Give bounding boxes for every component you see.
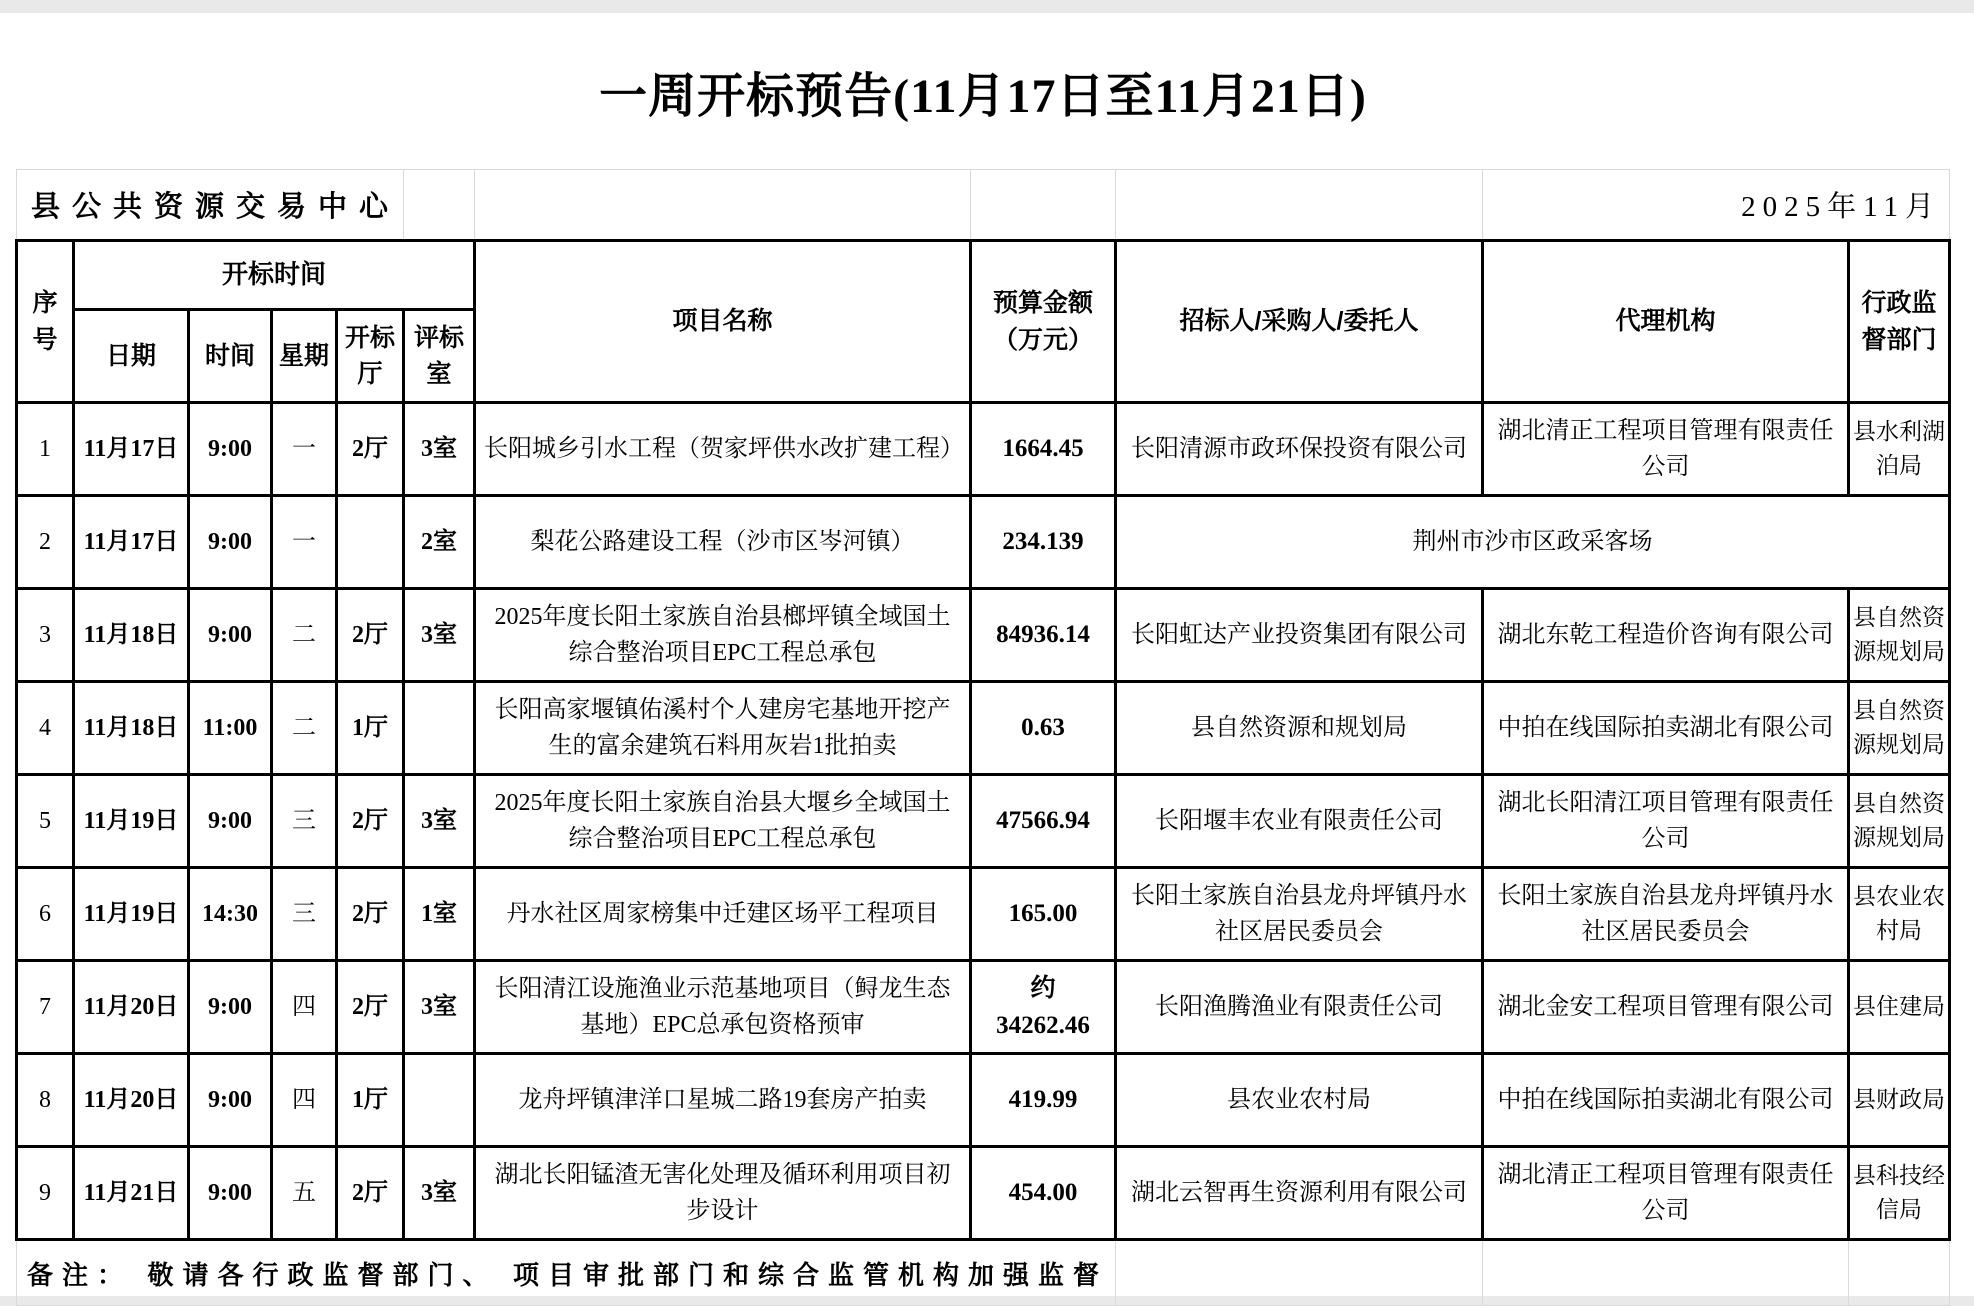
cell-budget: 约 34262.46 xyxy=(971,961,1116,1054)
bid-schedule-table: 一周开标预告(11月17日至11月21日) 县公共资源交易中心 2025年11月… xyxy=(15,13,1951,1306)
cell-room xyxy=(404,682,475,775)
cell-supervisor: 县农业农村局 xyxy=(1849,868,1950,961)
cell-hall: 1厅 xyxy=(337,682,404,775)
cell-agency: 中拍在线国际拍卖湖北有限公司 xyxy=(1483,1054,1849,1147)
cell-time: 9:00 xyxy=(189,403,272,496)
cell-serial: 3 xyxy=(17,589,74,682)
table-row: 3 11月18日 9:00 二 2厅 3室 2025年度长阳土家族自治县榔坪镇全… xyxy=(17,589,1950,682)
cell-serial: 1 xyxy=(17,403,74,496)
table-row: 1 11月17日 9:00 一 2厅 3室 长阳城乡引水工程（贺家坪供水改扩建工… xyxy=(17,403,1950,496)
cell-merged-venue: 荆州市沙市区政采客场 xyxy=(1116,496,1950,589)
cell-budget: 84936.14 xyxy=(971,589,1116,682)
col-header-supervisor: 行政监督部门 xyxy=(1849,241,1950,403)
cell-room: 3室 xyxy=(404,589,475,682)
cell-tenderer: 长阳堰丰农业有限责任公司 xyxy=(1116,775,1483,868)
subtitle-spacer xyxy=(971,170,1116,241)
col-header-serial: 序号 xyxy=(17,241,74,403)
cell-serial: 9 xyxy=(17,1147,74,1240)
cell-project: 湖北长阳锰渣无害化处理及循环利用项目初步设计 xyxy=(475,1147,971,1240)
cell-serial: 2 xyxy=(17,496,74,589)
col-header-room: 评标室 xyxy=(404,310,475,403)
cell-budget: 0.63 xyxy=(971,682,1116,775)
cell-agency: 湖北金安工程项目管理有限公司 xyxy=(1483,961,1849,1054)
cell-hall: 2厅 xyxy=(337,868,404,961)
footer-spacer xyxy=(1116,1240,1483,1306)
cell-hall: 2厅 xyxy=(337,589,404,682)
table-row: 2 11月17日 9:00 一 2室 梨花公路建设工程（沙市区岑河镇） 234.… xyxy=(17,496,1950,589)
subtitle-spacer xyxy=(475,170,971,241)
cell-serial: 4 xyxy=(17,682,74,775)
table-row: 8 11月20日 9:00 四 1厅 龙舟坪镇津洋口星城二路19套房产拍卖 41… xyxy=(17,1054,1950,1147)
cell-hall: 1厅 xyxy=(337,1054,404,1147)
cell-supervisor: 县自然资源规划局 xyxy=(1849,682,1950,775)
cell-budget: 419.99 xyxy=(971,1054,1116,1147)
cell-room: 2室 xyxy=(404,496,475,589)
cell-date: 11月19日 xyxy=(74,775,189,868)
cell-serial: 5 xyxy=(17,775,74,868)
cell-project: 2025年度长阳土家族自治县大堰乡全域国土综合整治项目EPC工程总承包 xyxy=(475,775,971,868)
cell-project: 2025年度长阳土家族自治县榔坪镇全域国土综合整治项目EPC工程总承包 xyxy=(475,589,971,682)
cell-room: 3室 xyxy=(404,961,475,1054)
cell-time: 9:00 xyxy=(189,1147,272,1240)
cell-project: 长阳高家堰镇佑溪村个人建房宅基地开挖产生的富余建筑石料用灰岩1批拍卖 xyxy=(475,682,971,775)
cell-hall: 2厅 xyxy=(337,775,404,868)
col-header-weekday: 星期 xyxy=(272,310,337,403)
cell-agency: 湖北东乾工程造价咨询有限公司 xyxy=(1483,589,1849,682)
cell-room: 3室 xyxy=(404,403,475,496)
table-row: 9 11月21日 9:00 五 2厅 3室 湖北长阳锰渣无害化处理及循环利用项目… xyxy=(17,1147,1950,1240)
cell-tenderer: 县自然资源和规划局 xyxy=(1116,682,1483,775)
spreadsheet-page: 一周开标预告(11月17日至11月21日) 县公共资源交易中心 2025年11月… xyxy=(0,13,1974,1296)
col-header-bid-time: 开标时间 xyxy=(74,241,475,310)
cell-agency: 长阳土家族自治县龙舟坪镇丹水社区居民委员会 xyxy=(1483,868,1849,961)
cell-tenderer: 长阳清源市政环保投资有限公司 xyxy=(1116,403,1483,496)
table-row: 7 11月20日 9:00 四 2厅 3室 长阳清江设施渔业示范基地项目（鲟龙生… xyxy=(17,961,1950,1054)
footer-row: 备注： 敬请各行政监督部门、 项目审批部门和综合监管机构加强监督 xyxy=(17,1240,1950,1306)
table-row: 5 11月19日 9:00 三 2厅 3室 2025年度长阳土家族自治县大堰乡全… xyxy=(17,775,1950,868)
cell-time: 9:00 xyxy=(189,589,272,682)
footer-spacer xyxy=(1849,1240,1950,1306)
cell-weekday: 三 xyxy=(272,775,337,868)
cell-date: 11月20日 xyxy=(74,1054,189,1147)
cell-tenderer: 湖北云智再生资源利用有限公司 xyxy=(1116,1147,1483,1240)
cell-project: 长阳清江设施渔业示范基地项目（鲟龙生态基地）EPC总承包资格预审 xyxy=(475,961,971,1054)
cell-supervisor: 县水利湖泊局 xyxy=(1849,403,1950,496)
cell-weekday: 二 xyxy=(272,589,337,682)
col-header-agency: 代理机构 xyxy=(1483,241,1849,403)
cell-tenderer: 长阳渔腾渔业有限责任公司 xyxy=(1116,961,1483,1054)
cell-time: 11:00 xyxy=(189,682,272,775)
cell-time: 9:00 xyxy=(189,496,272,589)
cell-date: 11月17日 xyxy=(74,496,189,589)
cell-time: 14:30 xyxy=(189,868,272,961)
cell-room xyxy=(404,1054,475,1147)
cell-tenderer: 长阳土家族自治县龙舟坪镇丹水社区居民委员会 xyxy=(1116,868,1483,961)
cell-serial: 7 xyxy=(17,961,74,1054)
cell-agency: 湖北清正工程项目管理有限责任公司 xyxy=(1483,403,1849,496)
cell-supervisor: 县自然资源规划局 xyxy=(1849,589,1950,682)
cell-tenderer: 长阳虹达产业投资集团有限公司 xyxy=(1116,589,1483,682)
cell-supervisor: 县自然资源规划局 xyxy=(1849,775,1950,868)
cell-weekday: 二 xyxy=(272,682,337,775)
col-header-budget: 预算金额 （万元） xyxy=(971,241,1116,403)
cell-hall: 2厅 xyxy=(337,403,404,496)
cell-hall xyxy=(337,496,404,589)
footer-note: 备注： 敬请各行政监督部门、 项目审批部门和综合监管机构加强监督 xyxy=(17,1240,1116,1306)
table-row: 4 11月18日 11:00 二 1厅 长阳高家堰镇佑溪村个人建房宅基地开挖产生… xyxy=(17,682,1950,775)
cell-room: 3室 xyxy=(404,775,475,868)
subtitle-spacer xyxy=(404,170,475,241)
cell-time: 9:00 xyxy=(189,775,272,868)
subtitle-row: 县公共资源交易中心 2025年11月 xyxy=(17,170,1950,241)
cell-hall: 2厅 xyxy=(337,1147,404,1240)
cell-project: 长阳城乡引水工程（贺家坪供水改扩建工程） xyxy=(475,403,971,496)
cell-serial: 6 xyxy=(17,868,74,961)
cell-budget: 165.00 xyxy=(971,868,1116,961)
cell-tenderer: 县农业农村局 xyxy=(1116,1054,1483,1147)
cell-weekday: 五 xyxy=(272,1147,337,1240)
subtitle-spacer xyxy=(1116,170,1483,241)
cell-agency: 湖北清正工程项目管理有限责任公司 xyxy=(1483,1147,1849,1240)
cell-hall: 2厅 xyxy=(337,961,404,1054)
cell-project: 丹水社区周家榜集中迁建区场平工程项目 xyxy=(475,868,971,961)
cell-supervisor: 县财政局 xyxy=(1849,1054,1950,1147)
col-header-tenderer: 招标人/采购人/委托人 xyxy=(1116,241,1483,403)
cell-room: 1室 xyxy=(404,868,475,961)
period-label: 2025年11月 xyxy=(1483,170,1950,241)
cell-weekday: 一 xyxy=(272,403,337,496)
cell-date: 11月20日 xyxy=(74,961,189,1054)
cell-agency: 中拍在线国际拍卖湖北有限公司 xyxy=(1483,682,1849,775)
cell-date: 11月21日 xyxy=(74,1147,189,1240)
cell-room: 3室 xyxy=(404,1147,475,1240)
col-header-hall: 开标厅 xyxy=(337,310,404,403)
org-name: 县公共资源交易中心 xyxy=(17,170,404,241)
cell-budget: 47566.94 xyxy=(971,775,1116,868)
cell-supervisor: 县科技经信局 xyxy=(1849,1147,1950,1240)
cell-budget: 234.139 xyxy=(971,496,1116,589)
cell-time: 9:00 xyxy=(189,1054,272,1147)
cell-time: 9:00 xyxy=(189,961,272,1054)
header-row-group: 序号 开标时间 项目名称 预算金额 （万元） 招标人/采购人/委托人 代理机构 … xyxy=(17,241,1950,310)
cell-date: 11月18日 xyxy=(74,682,189,775)
cell-serial: 8 xyxy=(17,1054,74,1147)
cell-project: 龙舟坪镇津洋口星城二路19套房产拍卖 xyxy=(475,1054,971,1147)
cell-date: 11月19日 xyxy=(74,868,189,961)
cell-weekday: 四 xyxy=(272,1054,337,1147)
page-title: 一周开标预告(11月17日至11月21日) xyxy=(17,13,1950,170)
cell-budget: 454.00 xyxy=(971,1147,1116,1240)
title-row: 一周开标预告(11月17日至11月21日) xyxy=(17,13,1950,170)
cell-weekday: 四 xyxy=(272,961,337,1054)
cell-budget: 1664.45 xyxy=(971,403,1116,496)
col-header-time: 时间 xyxy=(189,310,272,403)
cell-supervisor: 县住建局 xyxy=(1849,961,1950,1054)
col-header-date: 日期 xyxy=(74,310,189,403)
cell-date: 11月17日 xyxy=(74,403,189,496)
cell-project: 梨花公路建设工程（沙市区岑河镇） xyxy=(475,496,971,589)
cell-weekday: 一 xyxy=(272,496,337,589)
footer-spacer xyxy=(1483,1240,1849,1306)
cell-date: 11月18日 xyxy=(74,589,189,682)
table-row: 6 11月19日 14:30 三 2厅 1室 丹水社区周家榜集中迁建区场平工程项… xyxy=(17,868,1950,961)
cell-weekday: 三 xyxy=(272,868,337,961)
cell-agency: 湖北长阳清江项目管理有限责任公司 xyxy=(1483,775,1849,868)
col-header-project: 项目名称 xyxy=(475,241,971,403)
